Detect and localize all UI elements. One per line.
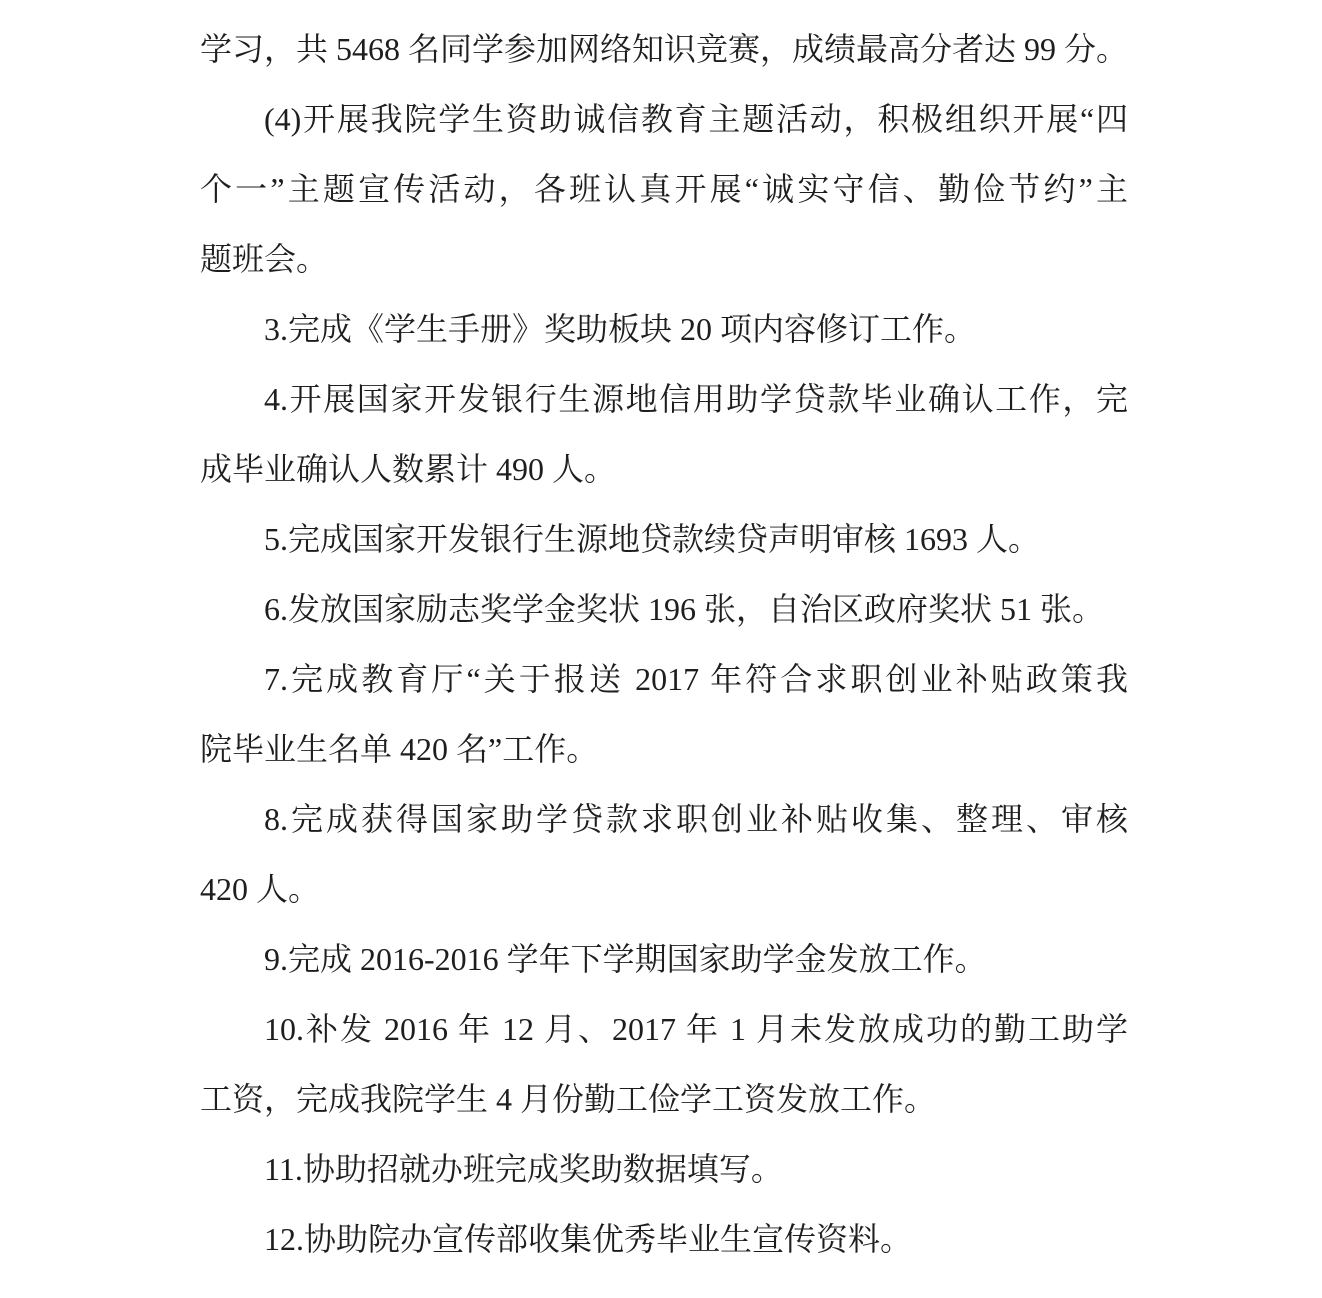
text-line: 院毕业生名单 420 名”工作。 bbox=[200, 714, 1128, 784]
text-line: 6.发放国家励志奖学金奖状 196 张，自治区政府奖状 51 张。 bbox=[200, 574, 1128, 644]
para-competition-result: 学习，共 5468 名同学参加网络知识竞赛，成绩最高分者达 99 分。 bbox=[200, 14, 1128, 84]
para-10-work-study-wages: 10.补发 2016 年 12 月、2017 年 1 月未发放成功的勤工助学工资… bbox=[200, 994, 1128, 1134]
text-line: 5.完成国家开发银行生源地贷款续贷声明审核 1693 人。 bbox=[200, 504, 1128, 574]
text-line: 题班会。 bbox=[200, 224, 1128, 294]
text-line: 4.开展国家开发银行生源地信用助学贷款毕业确认工作，完 bbox=[200, 364, 1128, 434]
text-line: 12.协助院办宣传部收集优秀毕业生宣传资料。 bbox=[200, 1204, 1128, 1274]
para-6-scholarship-certificates: 6.发放国家励志奖学金奖状 196 张，自治区政府奖状 51 张。 bbox=[200, 574, 1128, 644]
para-11-aid-data-entry: 11.协助招就办班完成奖助数据填写。 bbox=[200, 1134, 1128, 1204]
text-line: 9.完成 2016-2016 学年下学期国家助学金发放工作。 bbox=[200, 924, 1128, 994]
document-page: 学习，共 5468 名同学参加网络知识竞赛，成绩最高分者达 99 分。(4)开展… bbox=[0, 0, 1322, 1298]
para-7-job-subsidy-list: 7.完成教育厅“关于报送 2017 年符合求职创业补贴政策我院毕业生名单 420… bbox=[200, 644, 1128, 784]
text-line: 8.完成获得国家助学贷款求职创业补贴收集、整理、审核 bbox=[200, 784, 1128, 854]
text-line: 420 人。 bbox=[200, 854, 1128, 924]
para-item-4-honesty-education: (4)开展我院学生资助诚信教育主题活动，积极组织开展“四个一”主题宣传活动，各班… bbox=[200, 84, 1128, 294]
text-line: 个一”主题宣传活动，各班认真开展“诚实守信、勤俭节约”主 bbox=[200, 154, 1128, 224]
para-12-graduate-publicity: 12.协助院办宣传部收集优秀毕业生宣传资料。 bbox=[200, 1204, 1128, 1274]
text-line: 成毕业确认人数累计 490 人。 bbox=[200, 434, 1128, 504]
text-line: 7.完成教育厅“关于报送 2017 年符合求职创业补贴政策我 bbox=[200, 644, 1128, 714]
text-line: 10.补发 2016 年 12 月、2017 年 1 月未发放成功的勤工助学 bbox=[200, 994, 1128, 1064]
text-line: 学习，共 5468 名同学参加网络知识竞赛，成绩最高分者达 99 分。 bbox=[200, 14, 1128, 84]
para-4-loan-graduation-confirm: 4.开展国家开发银行生源地信用助学贷款毕业确认工作，完成毕业确认人数累计 490… bbox=[200, 364, 1128, 504]
text-line: 工资，完成我院学生 4 月份勤工俭学工资发放工作。 bbox=[200, 1064, 1128, 1134]
para-8-subsidy-collection-review: 8.完成获得国家助学贷款求职创业补贴收集、整理、审核420 人。 bbox=[200, 784, 1128, 924]
para-5-loan-renewal-review: 5.完成国家开发银行生源地贷款续贷声明审核 1693 人。 bbox=[200, 504, 1128, 574]
text-line: 3.完成《学生手册》奖助板块 20 项内容修订工作。 bbox=[200, 294, 1128, 364]
para-3-student-handbook: 3.完成《学生手册》奖助板块 20 项内容修订工作。 bbox=[200, 294, 1128, 364]
text-block: 学习，共 5468 名同学参加网络知识竞赛，成绩最高分者达 99 分。(4)开展… bbox=[200, 14, 1128, 1274]
para-9-grant-distribution: 9.完成 2016-2016 学年下学期国家助学金发放工作。 bbox=[200, 924, 1128, 994]
text-line: 11.协助招就办班完成奖助数据填写。 bbox=[200, 1134, 1128, 1204]
text-line: (4)开展我院学生资助诚信教育主题活动，积极组织开展“四 bbox=[200, 84, 1128, 154]
